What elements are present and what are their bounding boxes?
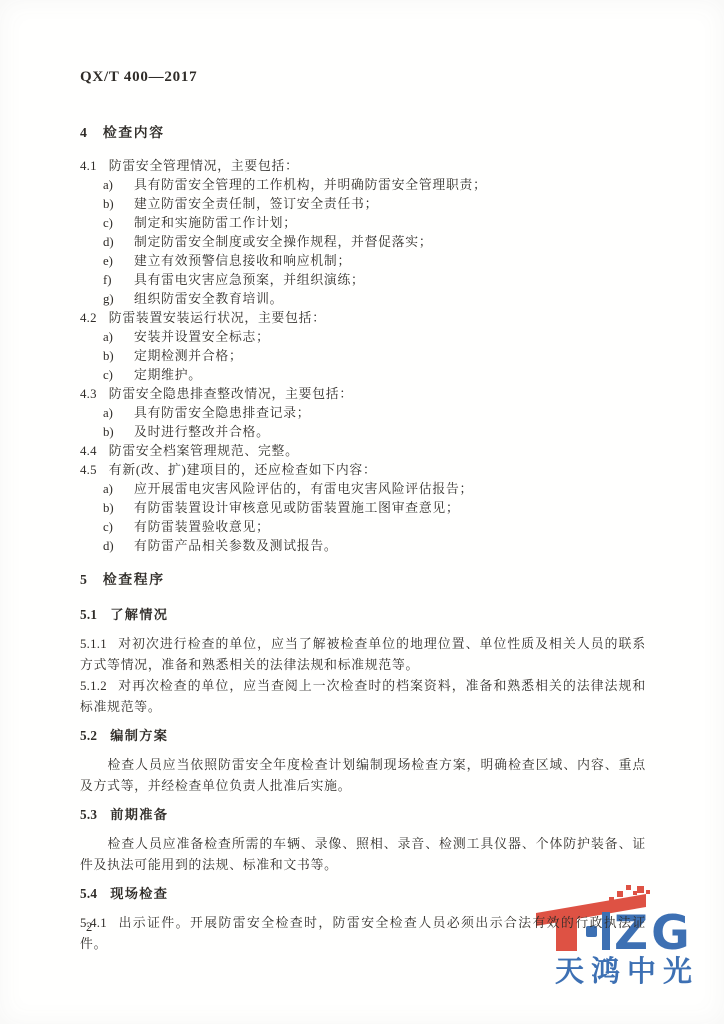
clause-item: c)制定和实施防雷工作计划； [80,214,646,233]
subsection-heading-5-1: 5.1了解情况 [80,604,646,625]
clause-item: a)具有防雷安全管理的工作机构，并明确防雷安全管理职责； [80,176,646,195]
subsection-heading-5-3: 5.3前期准备 [80,804,646,825]
clause-item: b)建立防雷安全责任制，签订安全责任书； [80,195,646,214]
paragraph-5-3: 检查人员应准备检查所需的车辆、录像、照相、录音、检测工具仪器、个体防护装备、证件… [80,834,646,876]
section-heading-5: 5检查程序 [80,569,646,590]
clause-item: c)定期维护。 [80,366,646,385]
clause-4-5: 4.5有新(改、扩)建项目的，还应检查如下内容： [80,461,646,480]
clause-4-3: 4.3防雷安全隐患排查整改情况，主要包括： [80,385,646,404]
clause-item: f)具有雷电灾害应急预案，并组织演练； [80,271,646,290]
company-wordmark: 天鸿中光 [555,954,699,986]
subsection-heading-5-4: 5.4现场检查 [80,883,646,904]
clause-4-4: 4.4防雷安全档案管理规范、完整。 [80,442,646,461]
paragraph-5-2: 检查人员应当依照防雷安全年度检查计划编制现场检查方案，明确检查区域、内容、重点及… [80,755,646,797]
clause-item: e)建立有效预警信息接收和响应机制； [80,252,646,271]
document-page: QX/T 400—2017 4检查内容 4.1防雷安全管理情况，主要包括： a)… [0,0,724,1024]
clause-item: b)及时进行整改并合格。 [80,423,646,442]
clause-item: c)有防雷装置验收意见； [80,518,646,537]
clause-item: d)制定防雷安全制度或安全操作规程，并督促落实； [80,233,646,252]
clause-item: a)应开展雷电灾害风险评估的，有雷电灾害风险评估报告； [80,480,646,499]
clause-item: a)安装并设置安全标志； [80,328,646,347]
clause-4-2: 4.2防雷装置安装运行状况，主要包括： [80,309,646,328]
section-heading-4: 4检查内容 [80,122,646,143]
document-body: 4检查内容 4.1防雷安全管理情况，主要包括： a)具有防雷安全管理的工作机构，… [80,122,646,955]
clause-item: b)定期检测并合格； [80,347,646,366]
clause-4-1: 4.1防雷安全管理情况，主要包括： [80,157,646,176]
section-title: 检查内容 [103,122,165,143]
section-number: 5 [80,569,87,590]
subsection-heading-5-2: 5.2编制方案 [80,725,646,746]
standard-number-header: QX/T 400—2017 [80,68,646,87]
clause-item: a)具有防雷安全隐患排查记录； [80,404,646,423]
section-title: 检查程序 [103,569,165,590]
clause-item: g)组织防雷安全教育培训。 [80,290,646,309]
paragraph-5-1-1: 5.1.1对初次进行检查的单位，应当了解被检查单位的地理位置、单位性质及相关人员… [80,634,646,676]
clause-item: d)有防雷产品相关参数及测试报告。 [80,537,646,556]
paragraph-5-4-1: 5.4.1出示证件。开展防雷安全检查时，防雷安全检查人员必须出示合法有效的行政执… [80,913,646,955]
clause-item: b)有防雷装置设计审核意见或防雷装置施工图审查意见； [80,499,646,518]
paragraph-5-1-2: 5.1.2对再次检查的单位，应当查阅上一次检查时的档案资料，准备和熟悉相关的法律… [80,676,646,718]
page-number: 2 [86,920,92,935]
section-number: 4 [80,122,87,143]
